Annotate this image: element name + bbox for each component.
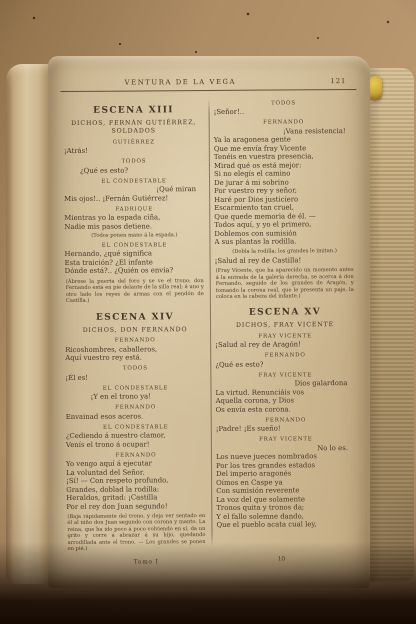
verse-line: ¡Y en el trono ya! [64,392,208,402]
verse-line: Por el rey don Juan segundo! [64,502,208,512]
stage-direction: (Baja rápidamente del trono, y deja ver … [64,513,208,552]
scene-heading: ESCENA XIII [62,105,206,116]
speaker-name: EL CONDESTABLE [64,424,208,431]
speaker-name: EL CONDESTABLE [62,242,206,249]
footer-volume-label: Tomo I [134,560,159,566]
speaker-name: EL CONDESTABLE [62,178,206,185]
head-rule [60,89,356,92]
gilt-page-marker [369,76,382,100]
verse-line: Envainad esos aceros. [64,412,208,422]
speaker-name: FERNANDO [213,352,357,359]
column-left: ESCENA XIIIDICHOS, FERNÁN GUTIÉRREZ,SOLD… [58,97,211,555]
verse-line: ¡Padre! ¡Es sueño! [214,424,358,434]
speaker-name: FRAY VICENTE [214,436,358,443]
verse-line: Venís el trono á ocupar! [64,440,208,450]
running-head-title: VENTURA DE LA VEGA [125,78,236,87]
stage-direction: (Fray Vicente, que ha aparecido un momen… [213,267,357,300]
speaker-name: FERNANDO [214,417,358,424]
speaker-name: FERNANDO [64,452,208,459]
verse-line: Os envía esta corona. [214,405,358,415]
footer-signature-number: 10 [278,557,285,563]
verse-line: Que el pueblo acata cual ley, [214,520,358,530]
verse-line: Mis ojos!.. ¡Fernán Gutiérrez! [62,194,206,204]
scene-heading: ESCENA XIV [63,312,207,323]
speaker-name: TODOS [62,158,206,165]
cast-list-line: DICHOS, FRAY VICENTE [213,321,357,330]
page-text-block: VENTURA DE LA VEGA 121 ESCENA XIIIDICHOS… [58,77,361,561]
speaker-name: FERNANDO [212,119,356,126]
running-head: VENTURA DE LA VEGA 121 [58,77,358,89]
speaker-name: TODOS [63,365,207,372]
book-page: VENTURA DE LA VEGA 121 ESCENA XIIIDICHOS… [48,56,370,588]
speaker-name: FERNANDO [63,337,207,344]
book-photograph: VENTURA DE LA VEGA 121 ESCENA XIIIDICHOS… [0,0,416,624]
stage-direction: (Ábrese la puerta del foro y se ve el tr… [63,278,207,305]
verse-line: ¿Qué es esto? [62,166,206,176]
speaker-name: FERNANDO [64,404,208,411]
verse-line: ¡Salud al rey de Aragón! [213,340,357,350]
two-column-text: ESCENA XIIIDICHOS, FERNÁN GUTIÉRREZ,SOLD… [58,96,361,555]
verse-line: A sus plantas la rodilla. [212,237,356,247]
speaker-name: FRAY VICENTE [213,333,357,340]
page-footer: Tomo I 10 [62,556,362,570]
verse-line: ¡Él es! [63,373,207,383]
verse-line: ¡Atrás! [62,146,206,156]
speaker-name: EL CONDESTABLE [63,385,207,392]
speaker-name: FRAY VICENTE [213,372,357,379]
page-number: 121 [330,77,346,85]
stage-direction: (Todos ponen mano á la espada.) [62,232,206,239]
verse-line: ¡Salud al rey de Castilla! [213,256,357,266]
verse-line: Aquí vuestro rey está. [63,353,207,363]
verse-line: ¿Qué es esto? [213,360,357,370]
cast-list-line: DICHOS, DON FERNANDO [63,326,207,335]
speaker-name: FADRIQUE [62,206,206,213]
column-right: TODOS¡Señor!..FERNANDO¡Vana resistencia!… [208,96,361,530]
speaker-name: TODOS [211,99,355,106]
left-page-curl [6,64,54,584]
verse-line: ¡Señor!.. [212,107,356,117]
open-book: VENTURA DE LA VEGA 121 ESCENA XIIIDICHOS… [6,56,414,592]
cast-list-line: SOLDADOS [62,127,206,136]
verse-line: Nadie mis pasos detiene. [62,222,206,232]
fore-edge-page-stack [364,68,414,582]
speaker-name: GUTIÉRREZ [62,139,206,146]
stage-direction: (Dobla la rodilla; los grandes le imitan… [213,247,357,254]
verse-line: Dónde está?.. ¿Quién os envía? [63,266,207,276]
scene-heading: ESCENA XV [213,307,357,318]
